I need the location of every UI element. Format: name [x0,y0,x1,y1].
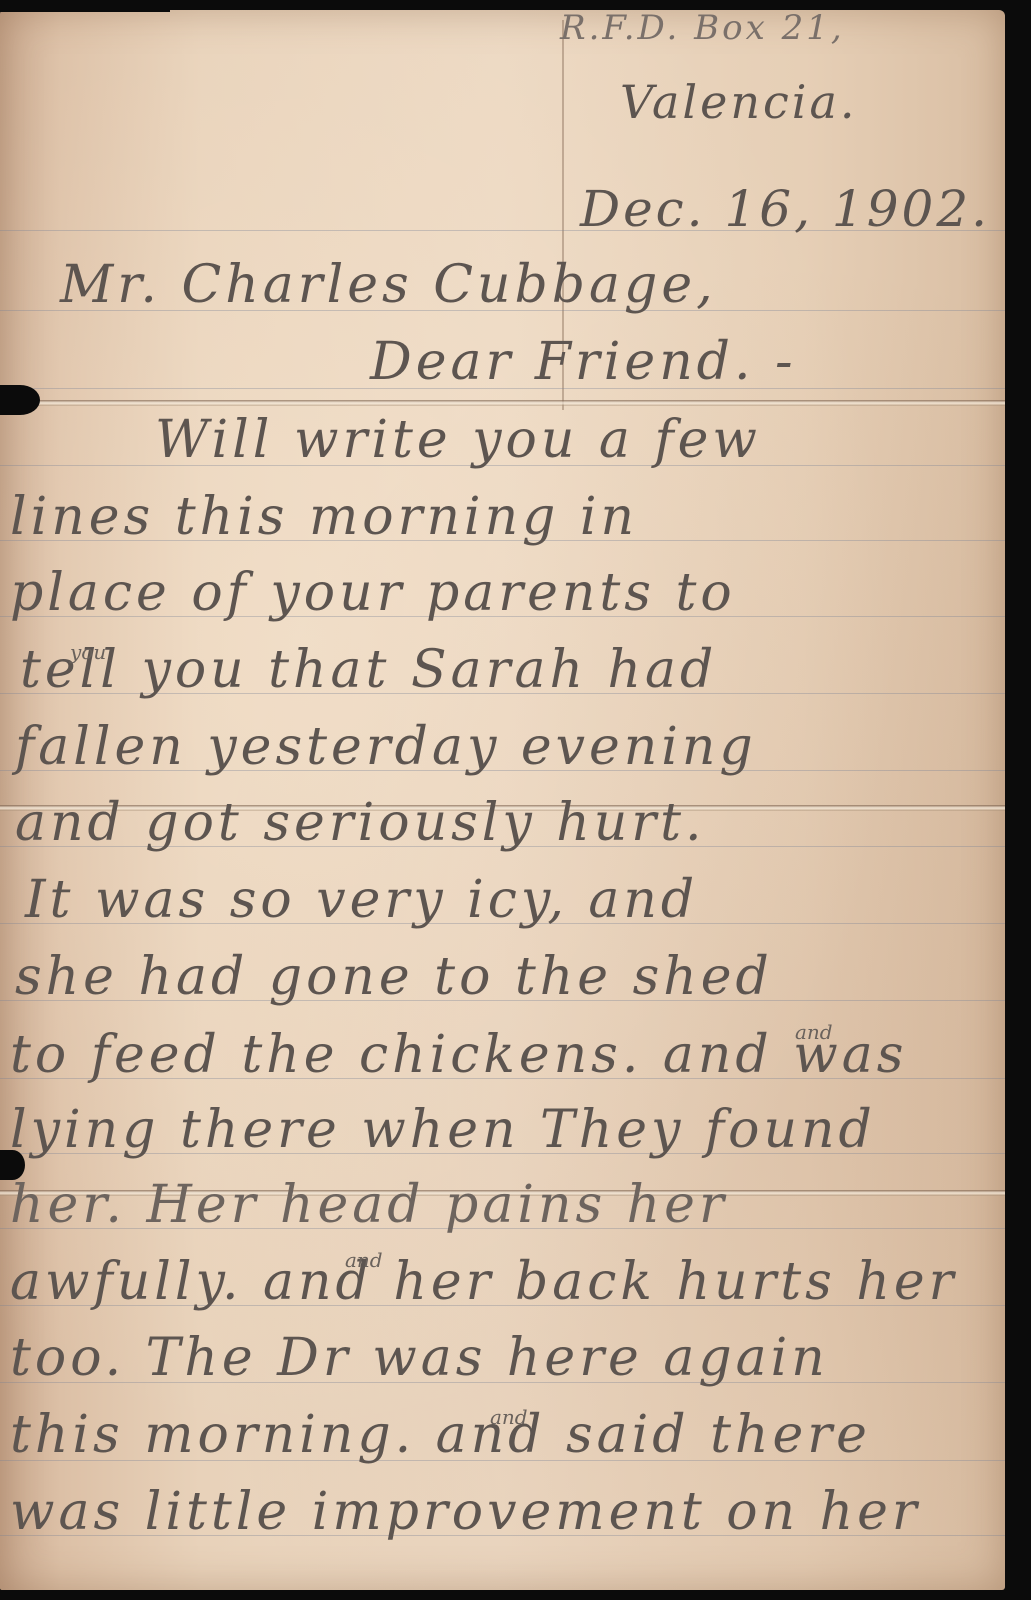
greeting: Dear Friend. - [370,332,797,392]
body-line-10: lying there when They found [10,1100,876,1160]
paper-fold-tear [0,400,1005,406]
bottom-background-edge [0,1590,1031,1600]
body-line-6: and got seriously hurt. [15,793,706,853]
letter-date: Dec. 16, 1902. [580,180,990,238]
body-line-7: It was so very icy, and [25,870,698,930]
body-line-15: was little improvement on her [10,1482,921,1542]
body-line-3: place of your parents to [10,563,736,623]
body-line-8: she had gone to the shed [15,947,773,1007]
insertion-and: and [345,1248,383,1272]
tear-notch [0,385,40,415]
recipient-name: Mr. Charles Cubbage, [60,255,717,315]
place-name: Valencia. [620,75,858,129]
body-line-1: Will write you a few [155,410,761,470]
body-line-12: awfully. and her back hurts her [10,1252,958,1312]
body-line-14: this morning. and said there [10,1405,871,1465]
body-line-2: lines this morning in [10,487,638,547]
body-line-5: fallen yesterday evening [15,717,757,777]
body-line-9: to feed the chickens. and was [10,1025,907,1085]
insertion-and: and [795,1020,833,1044]
top-right-background-edge [860,0,1000,8]
tear-notch [0,1150,25,1180]
right-background-edge [1005,0,1031,1600]
insertion-you: you [70,640,106,664]
top-left-background-edge [0,0,170,12]
body-line-13: too. The Dr was here again [10,1328,829,1388]
body-line-4: tell you that Sarah had [20,640,717,700]
letter-page: R.F.D. Box 21, Valencia. Dec. 16, 1902. … [0,10,1005,1590]
insertion-and: and [490,1405,528,1429]
address-line: R.F.D. Box 21, [560,8,845,48]
body-line-11: her. Her head pains her [10,1175,728,1235]
